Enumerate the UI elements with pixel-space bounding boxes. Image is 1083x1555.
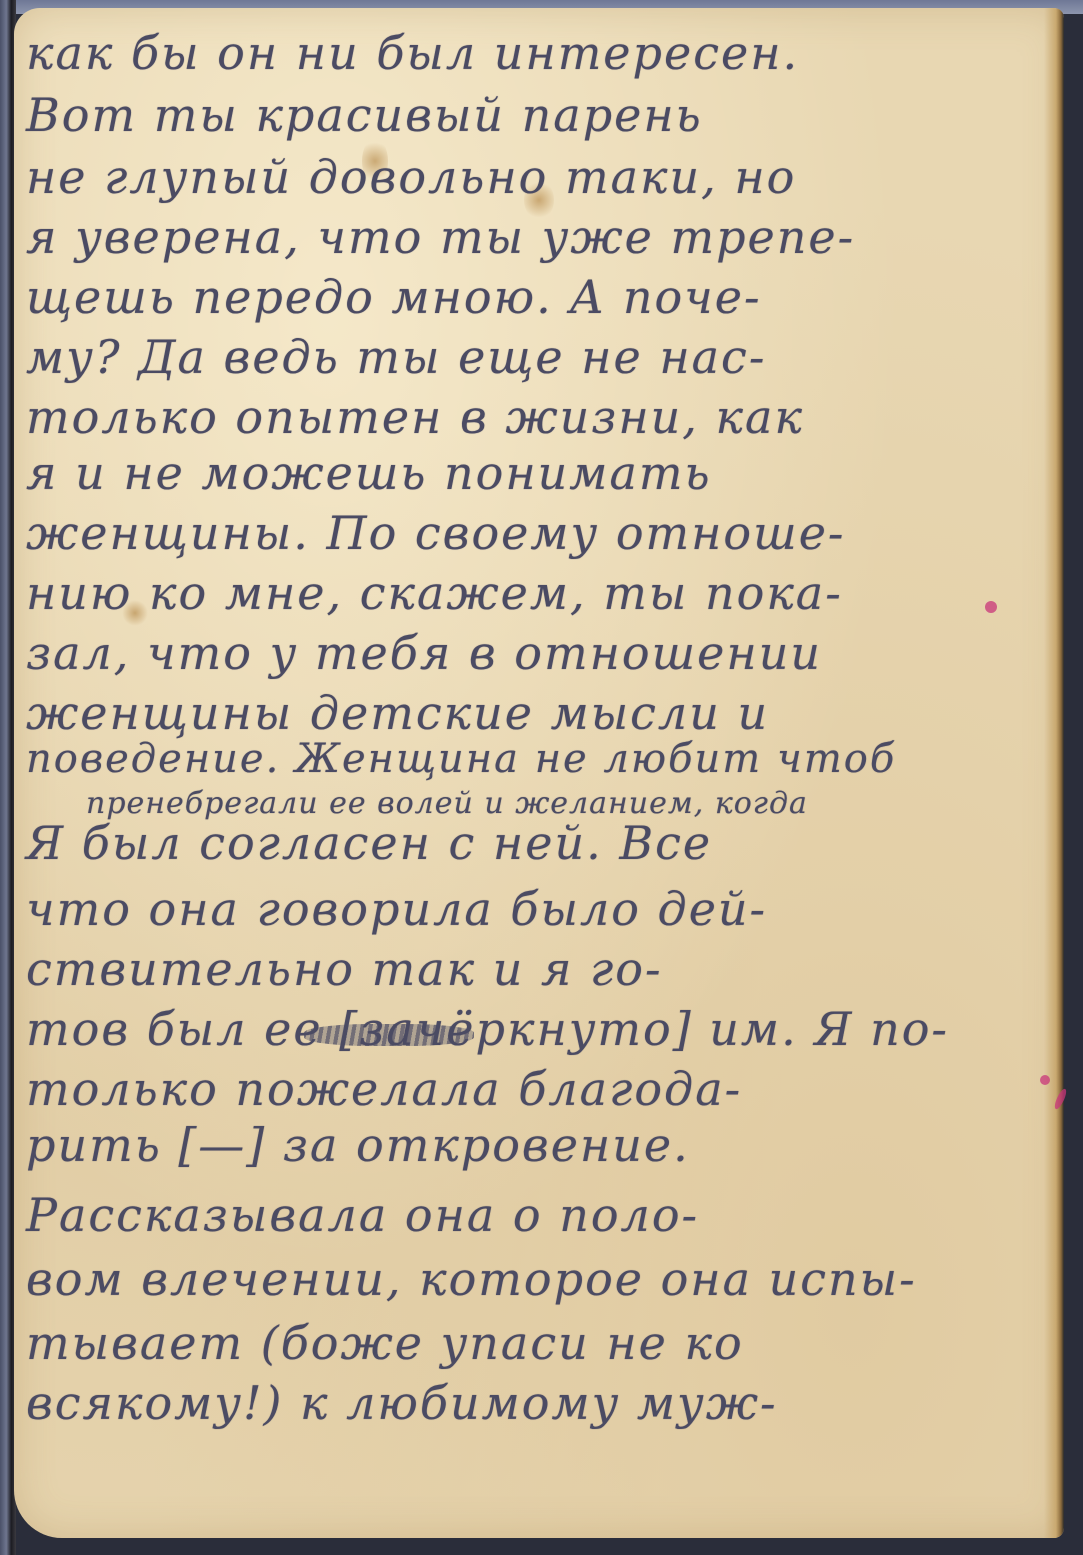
diary-page: как бы он ни был интересен. Вот ты краси… (14, 8, 1064, 1538)
text-line: как бы он ни был интересен. (26, 26, 799, 80)
text-line: женщины. По своему отноше- (26, 506, 845, 560)
text-line: зал, что у тебя в отношении (26, 626, 822, 680)
text-line: Я был согласен с ней. Все (26, 816, 712, 870)
text-line: Рассказывала она о поло- (26, 1188, 699, 1242)
text-line: нию ко мне, скажем, ты пока- (26, 566, 843, 620)
magenta-ink-dot (985, 601, 997, 613)
page-edge (1044, 8, 1064, 1538)
text-line: всякому!) к любимому муж- (26, 1376, 778, 1430)
text-line: тов был ее [зачёркнуто] им. Я по- (26, 1002, 949, 1056)
text-line: поведение. Женщина не любит чтоб (26, 736, 896, 782)
text-line: щешь передо мною. А поче- (26, 270, 762, 324)
text-line: Вот ты красивый парень (26, 88, 703, 142)
magenta-ink-dot (1040, 1075, 1050, 1085)
text-line: вом влечении, которое она испы- (26, 1252, 917, 1306)
text-line: я уверена, что ты уже трепе- (26, 210, 855, 264)
text-line: рить [—] за откровение. (26, 1118, 690, 1172)
text-line: я и не можешь понимать (26, 446, 712, 500)
text-line: женщины детские мысли и (26, 686, 769, 740)
crossed-out-word (304, 1024, 474, 1046)
text-line: тывает (боже упаси не ко (26, 1316, 744, 1370)
text-line: что она говорила было дей- (26, 882, 767, 936)
text-line: только опытен в жизни, как (26, 390, 804, 444)
text-line: только пожелала благода- (26, 1062, 742, 1116)
text-line: не глупый довольно таки, но (26, 150, 796, 204)
text-line: ствительно так и я го- (26, 942, 663, 996)
text-line: му? Да ведь ты еще не нас- (26, 330, 766, 384)
